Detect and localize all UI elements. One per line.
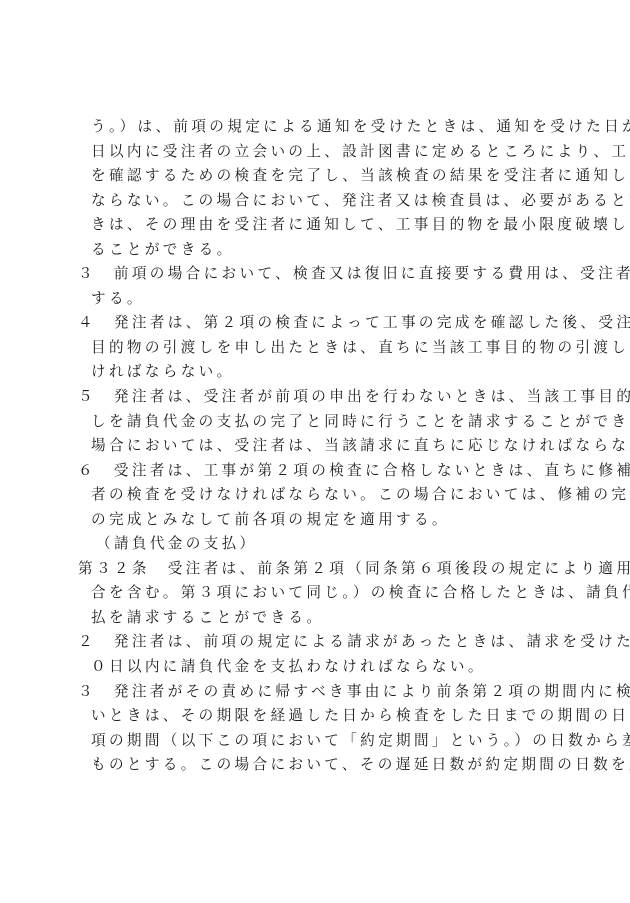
article-caption: （請負代金の支払） <box>78 532 564 557</box>
paragraph-line: ０日以内に請負代金を支払わなければならない。 <box>78 655 564 680</box>
paragraph-start-line: ３ 前項の場合において、検査又は復旧に直接要する費用は、受注者の負担と <box>78 262 564 287</box>
paragraph-line: の完成とみなして前各項の規定を適用する。 <box>78 508 564 533</box>
paragraph-line: 者の検査を受けなければならない。この場合においては、修補の完了を工事 <box>78 483 564 508</box>
paragraph-line: いときは、その期限を経過した日から検査をした日までの期間の日数は、前 <box>78 704 564 729</box>
paragraph-start-line: ２ 発注者は、前項の規定による請求があったときは、請求を受けた日から４ <box>78 630 564 655</box>
paragraph-line: 目的物の引渡しを申し出たときは、直ちに当該工事目的物の引渡しを受けな <box>78 336 564 361</box>
paragraph-line: 項の期間（以下この項において「約定期間」という。）の日数から差し引く <box>78 729 564 754</box>
document-body: う。）は、前項の規定による通知を受けたときは、通知を受けた日から１４日以内に受注… <box>78 115 564 778</box>
paragraph-line: する。 <box>78 287 564 312</box>
paragraph-start-line: ５ 発注者は、受注者が前項の申出を行わないときは、当該工事目的物の引渡 <box>78 385 564 410</box>
paragraph-line: 日以内に受注者の立会いの上、設計図書に定めるところにより、工事の完成 <box>78 140 564 165</box>
paragraph-line: 場合においては、受注者は、当該請求に直ちに応じなければならない。 <box>78 434 564 459</box>
paragraph-line: ならない。この場合において、発注者又は検査員は、必要があると認めると <box>78 189 564 214</box>
paragraph-line: 合を含む。第３項において同じ。）の検査に合格したときは、請負代金の支 <box>78 581 564 606</box>
paragraph-line: 払を請求することができる。 <box>78 606 564 631</box>
paragraph-line: ければならない。 <box>78 360 564 385</box>
paragraph-start-line: ３ 発注者がその責めに帰すべき事由により前条第２項の期間内に検査をしな <box>78 680 564 705</box>
paragraph-start-line: ４ 発注者は、第２項の検査によって工事の完成を確認した後、受注者が工事 <box>78 311 564 336</box>
paragraph-line: う。）は、前項の規定による通知を受けたときは、通知を受けた日から１４ <box>78 115 564 140</box>
paragraph-line: しを請負代金の支払の完了と同時に行うことを請求することができる。この <box>78 410 564 435</box>
document-page: う。）は、前項の規定による通知を受けたときは、通知を受けた日から１４日以内に受注… <box>0 0 630 903</box>
paragraph-line: を確認するための検査を完了し、当該検査の結果を受注者に通知しなければ <box>78 164 564 189</box>
paragraph-start-line: ６ 受注者は、工事が第２項の検査に合格しないときは、直ちに修補して発注 <box>78 459 564 484</box>
paragraph-line: きは、その理由を受注者に通知して、工事目的物を最小限度破壊して検査す <box>78 213 564 238</box>
paragraph-line: ることができる。 <box>78 238 564 263</box>
paragraph-start-line: 第３２条 受注者は、前条第２項（同条第６項後段の規定により適用される場 <box>78 557 564 582</box>
paragraph-line: ものとする。この場合において、その遅延日数が約定期間の日数を超えると <box>78 753 564 778</box>
